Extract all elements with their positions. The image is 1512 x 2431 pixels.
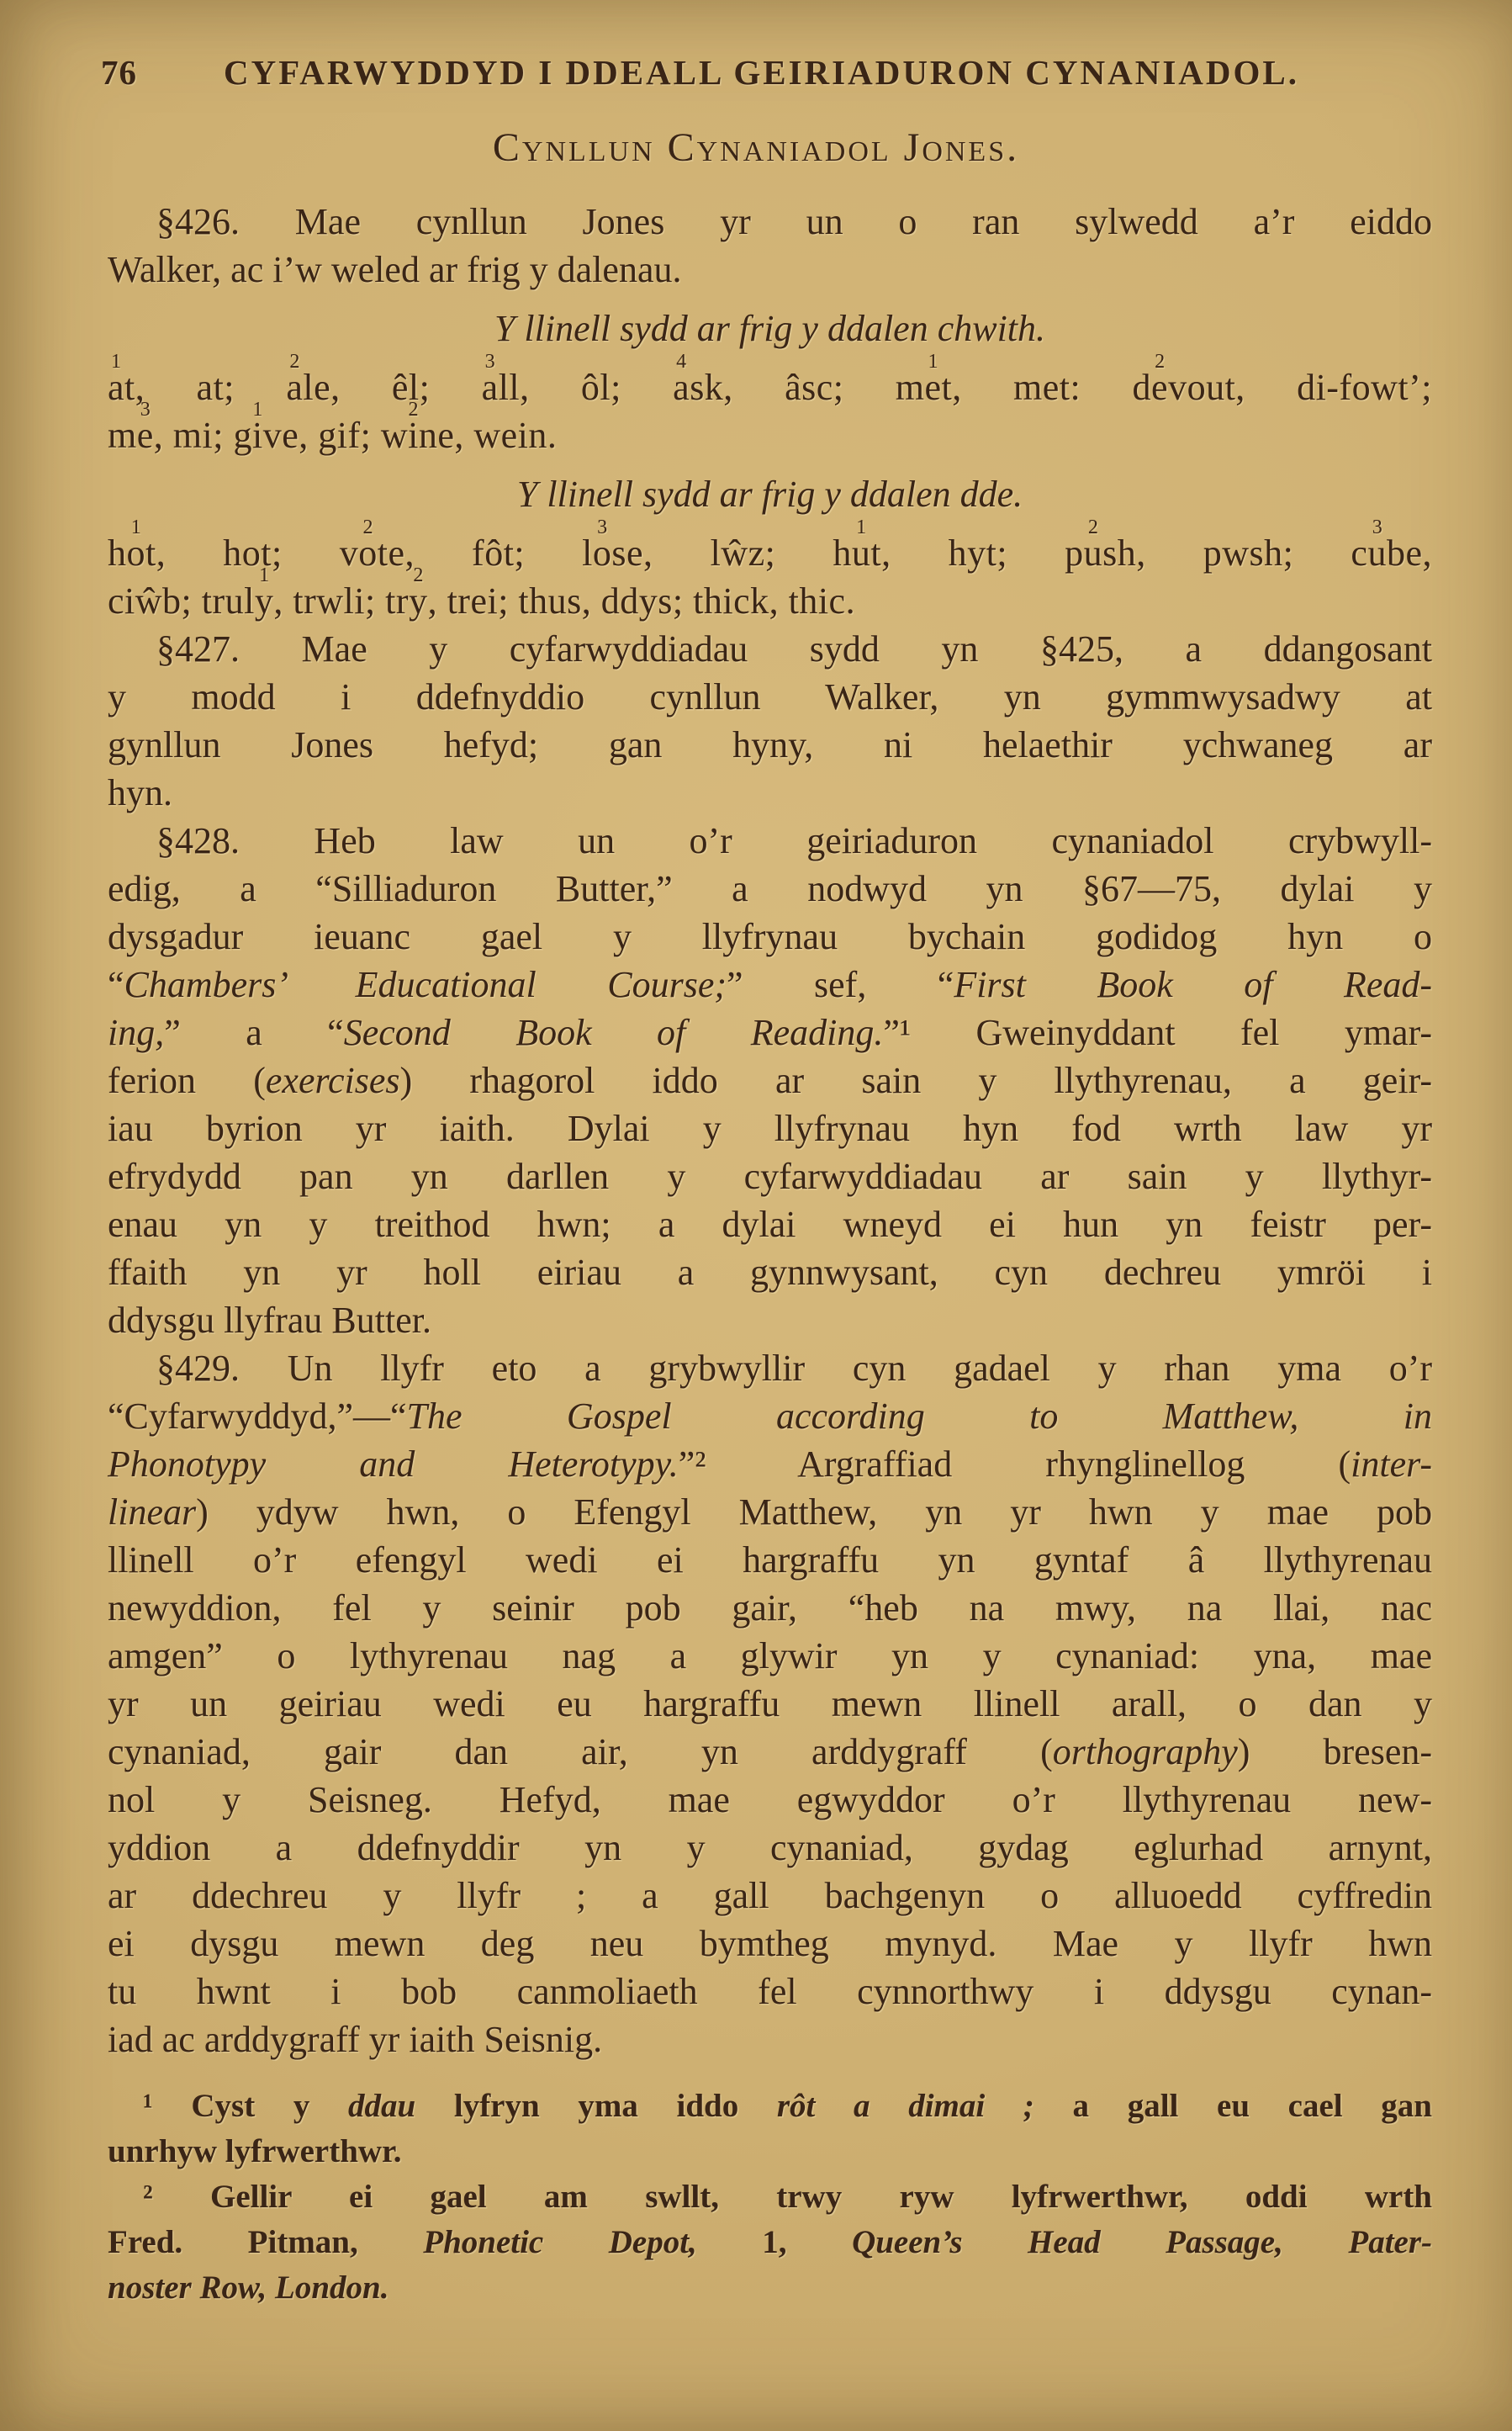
page-number: 76 [101,52,137,93]
footnote-line: unrhyw lyfrwerthwr. [108,2129,1432,2174]
paragraph-line: Walker, ac i’w weled ar frig y dalenau. [108,246,1432,294]
paragraph-line: §426. Mae cynllun Jones yr un o ran sylw… [108,198,1432,246]
footnote: ² Gellir ei gael am swllt, trwy ryw lyfr… [108,2174,1432,2311]
paragraph-line: ffaith yn yr holl eiriau a gynnwysant, c… [108,1248,1432,1296]
paragraph-line: ar ddechreu y llyfr ; a gall bachgenyn o… [108,1872,1432,1920]
pronunciation-key: h1ot, hot; v2ote, fôt; l3ose, lŵz; h1ut,… [108,529,1432,625]
book-page: 76 CYFARWYDDYD I DDEALL GEIRIADURON CYNA… [0,0,1512,2431]
paragraph-line: iau byrion yr iaith. Dylai y llyfrynau h… [108,1104,1432,1152]
paragraph-line: ing,” a “Second Book of Reading.”¹ Gwein… [108,1009,1432,1057]
paragraph-line: edig, a “Silliaduron Butter,” a nodwyd y… [108,865,1432,913]
paragraph-line: y modd i ddefnyddio cynllun Walker, yn g… [108,673,1432,721]
paragraph-line: Phonotypy and Heterotypy.”² Argraffiad r… [108,1440,1432,1488]
paragraph-line: §428. Heb law un o’r geiriaduron cynania… [108,817,1432,865]
paragraph-line: ferion (exercises) rhagorol iddo ar sain… [108,1057,1432,1104]
sub-heading: Y llinell sydd ar frig y ddalen dde. [108,470,1432,518]
paragraph: §427. Mae y cyfarwyddiadau sydd yn §425,… [108,625,1432,817]
paragraph-line: gynllun Jones hefyd; gan hyny, ni helaet… [108,721,1432,769]
paragraph: §429. Un llyfr eto a grybwyllir cyn gada… [108,1344,1432,2063]
footnote-line: noster Row, London. [108,2265,1432,2311]
paragraph-line: cynaniad, gair dan air, yn arddygraff (o… [108,1728,1432,1776]
footnote-line: Fred. Pitman, Phonetic Depot, 1, Queen’s… [108,2220,1432,2265]
paragraph-line: §427. Mae y cyfarwyddiadau sydd yn §425,… [108,625,1432,673]
page-body: §426. Mae cynllun Jones yr un o ran sylw… [0,171,1512,2063]
running-title: CYFARWYDDYD I DDEALL GEIRIADURON CYNANIA… [137,52,1386,93]
paragraph-line: yr un geiriau wedi eu hargraffu mewn lli… [108,1680,1432,1728]
paragraph-line: enau yn y treithod hwn; a dylai wneyd ei… [108,1200,1432,1248]
paragraph-line: yddion a ddefnyddir yn y cynaniad, gydag… [108,1824,1432,1872]
paragraph-line: “Chambers’ Educational Course;” sef, “Fi… [108,961,1432,1009]
page-header: 76 CYFARWYDDYD I DDEALL GEIRIADURON CYNA… [0,0,1512,93]
paragraph: §426. Mae cynllun Jones yr un o ran sylw… [108,198,1432,294]
paragraph-line: tu hwnt i bob canmoliaeth fel cynnorthwy… [108,1968,1432,2015]
paragraph-line: §429. Un llyfr eto a grybwyllir cyn gada… [108,1344,1432,1392]
pronunciation-line: m3e, mi; g1ive, gif; w2ine, wein. [108,411,1432,459]
paragraph-line: linear) ydyw hwn, o Efengyl Matthew, yn … [108,1488,1432,1536]
sub-heading: Y llinell sydd ar frig y ddalen chwith. [108,305,1432,352]
paragraph-line: nol y Seisneg. Hefyd, mae egwyddor o’r l… [108,1776,1432,1824]
paragraph: §428. Heb law un o’r geiriaduron cynania… [108,817,1432,1344]
paragraph-line: ei dysgu mewn deg neu bymtheg mynyd. Mae… [108,1920,1432,1968]
paragraph-line: ddysgu llyfrau Butter. [108,1296,1432,1344]
paragraph-line: dysgadur ieuanc gael y llyfrynau bychain… [108,913,1432,961]
pronunciation-line: 1at, at; 2ale, êl; 3all, ôl; 4ask, âsc; … [108,363,1432,411]
paragraph-line: newyddion, fel y seinir pob gair, “heb n… [108,1584,1432,1632]
paragraph-line: iad ac arddygraff yr iaith Seisnig. [108,2015,1432,2063]
footnote: ¹ Cyst y ddau lyfryn yma iddo rôt a dima… [108,2084,1432,2174]
footnote-line: ¹ Cyst y ddau lyfryn yma iddo rôt a dima… [108,2084,1432,2129]
footnote-line: ² Gellir ei gael am swllt, trwy ryw lyfr… [108,2174,1432,2220]
paragraph-line: llinell o’r efengyl wedi ei hargraffu yn… [108,1536,1432,1584]
paragraph-line: efrydydd pan yn darllen y cyfarwyddiadau… [108,1152,1432,1200]
pronunciation-line: h1ot, hot; v2ote, fôt; l3ose, lŵz; h1ut,… [108,529,1432,577]
paragraph-line: hyn. [108,769,1432,817]
paragraph-line: amgen” o lythyrenau nag a glywir yn y cy… [108,1632,1432,1680]
paragraph-line: “Cyfarwyddyd,”—“The Gospel according to … [108,1392,1432,1440]
section-heading: Cynllun Cynaniadol Jones. [0,124,1512,171]
pronunciation-line: ciŵb; trul1y, trwli; tr2y, trei; thus, d… [108,577,1432,625]
footnotes: ¹ Cyst y ddau lyfryn yma iddo rôt a dima… [0,2063,1512,2311]
pronunciation-key: 1at, at; 2ale, êl; 3all, ôl; 4ask, âsc; … [108,363,1432,459]
